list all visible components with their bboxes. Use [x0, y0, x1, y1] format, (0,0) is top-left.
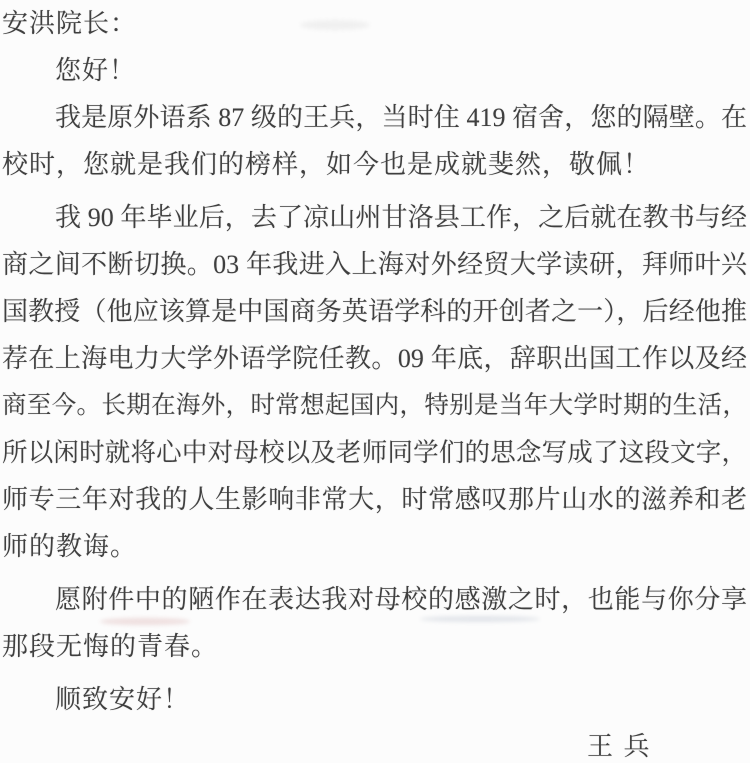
body-line: 商至今。长期在海外，时常想起国内，特别是当年大学时期的生活，: [2, 382, 747, 429]
body-line: 商之间不断切换。03 年我进入上海对外经贸大学读研，拜师叶兴: [2, 241, 747, 288]
body-line: 师专三年对我的人生影响非常大，时常感叹那片山水的滋养和老: [2, 476, 747, 523]
body-line: 校时，您就是我们的榜样，如今也是成就斐然，敬佩！: [2, 141, 747, 188]
signature-name: 王 兵: [2, 723, 747, 763]
body-line: 那段无悔的青春。: [2, 623, 747, 670]
body-line: 师的教诲。: [2, 523, 747, 570]
salutation: 安洪院长：: [2, 0, 747, 47]
body-line: 愿附件中的陋作在表达我对母校的感激之时，也能与你分享: [2, 576, 747, 623]
body-line: 荐在上海电力大学外语学院任教。09 年底，辞职出国工作以及经: [2, 335, 747, 382]
letter-page: 安洪院长：您好！我是原外语系 87 级的王兵，当时住 419 宿舍，您的隔壁。在…: [0, 0, 750, 763]
closing-line: 顺致安好！: [2, 676, 747, 723]
letter-body: 安洪院长：您好！我是原外语系 87 级的王兵，当时住 419 宿舍，您的隔壁。在…: [2, 0, 747, 763]
body-line: 所以闲时就将心中对母校以及老师同学们的思念写成了这段文字，: [2, 429, 747, 476]
body-line: 我 90 年毕业后，去了凉山州甘洛县工作，之后就在教书与经: [2, 194, 747, 241]
body-line: 国教授（他应该算是中国商务英语学科的开创者之一），后经他推: [2, 288, 747, 335]
greeting-line: 您好！: [2, 47, 747, 94]
body-line: 我是原外语系 87 级的王兵，当时住 419 宿舍，您的隔壁。在: [2, 94, 747, 141]
